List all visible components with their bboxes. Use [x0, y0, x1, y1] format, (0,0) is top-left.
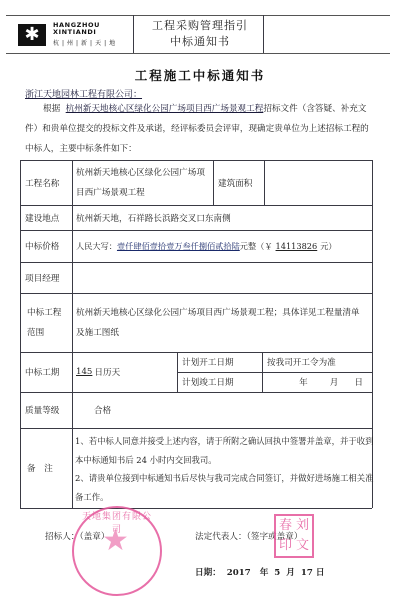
- personal-square-seal: 春 刘 印 文: [274, 514, 314, 558]
- price-suffix: 元）: [320, 241, 336, 252]
- asterisk-logo-icon: ✱: [18, 24, 46, 46]
- table-border: [213, 160, 214, 205]
- date-month: 5: [274, 568, 280, 578]
- end-date-label: 计划竣工日期: [182, 372, 260, 392]
- intro-prefix: 根据: [43, 104, 60, 114]
- guide-title: 工程采购管理指引 中标通知书: [140, 18, 260, 50]
- quality-value: 合格: [94, 392, 294, 428]
- project-manager-value: [76, 262, 366, 293]
- signing-date: 日期： 2017 年 5 月 17 日: [195, 566, 324, 578]
- price-mid: 元整（￥: [240, 241, 273, 252]
- end-year-unit: 年: [299, 376, 308, 388]
- site-value: 杭州新天地，石祥路长浜路交叉口东南侧: [76, 205, 366, 230]
- logo-english: HANGZHOU XINTIANDI: [53, 22, 100, 36]
- header-bottom-rule: [6, 53, 390, 54]
- building-area-label: 建筑面积: [218, 160, 264, 205]
- remark-item-1: 1、若中标人同意并接受上述内容，请于所附之确认回执中签署并盖章，并于收到本中标通…: [75, 432, 375, 469]
- start-date-value: 按我司开工令为准: [267, 352, 371, 372]
- end-month-unit: 月: [330, 376, 339, 388]
- table-border: [20, 160, 21, 508]
- table-border: [20, 508, 372, 509]
- date-month-unit: 月: [286, 568, 295, 578]
- seal-char: 春: [277, 516, 294, 536]
- building-area-value: [268, 160, 368, 205]
- start-date-label: 计划开工日期: [182, 352, 260, 372]
- price-in-words: 壹仟肆佰壹拾壹万叁仟捌佰贰拾陆: [117, 241, 240, 252]
- price-value: 人民大写： 壹仟肆佰壹拾壹万叁仟捌佰贰拾陆 元整（￥ 14113826 元）: [76, 230, 372, 262]
- logo-chinese: 杭|州|新|天|地: [53, 38, 118, 47]
- header-divider-left: [133, 15, 134, 53]
- quality-label: 质量等级: [22, 392, 72, 428]
- scope-value: 杭州新天地核心区绿化公园广场项目西广场景观工程；具体详见工程量清单及施工图纸: [76, 293, 368, 352]
- project-manager-label: 项目经理: [22, 262, 72, 293]
- intro-project-name: 杭州新天地核心区绿化公园广场项目西广场景观工程: [66, 104, 264, 114]
- guide-title-line-1: 工程采购管理指引: [140, 18, 260, 34]
- date-year-unit: 年: [260, 568, 269, 578]
- intro-paragraph: 根据 杭州新天地核心区绿化公园广场项目西广场景观工程招标文件（含答疑、补充文件）…: [25, 99, 377, 159]
- remarks-label: 备 注: [24, 428, 74, 508]
- logo-line-2: XINTIANDI: [53, 29, 100, 36]
- table-border: [264, 160, 265, 205]
- date-day: 17: [301, 568, 313, 578]
- price-label: 中标价格: [22, 230, 72, 262]
- header-divider-right: [263, 15, 264, 53]
- end-day-unit: 日: [354, 376, 363, 388]
- scope-label: 中标工程范围: [24, 293, 68, 352]
- date-label: 日期：: [195, 568, 221, 578]
- project-name-value: 杭州新天地核心区绿化公园广场项目西广场景观工程: [76, 160, 210, 205]
- seal-char: 印: [277, 536, 294, 556]
- remark-item-2: 2、请贵单位接到中标通知书后尽快与我司完成合同签订，并做好进场施工相关准备工作。: [75, 469, 375, 506]
- period-unit: 日历天: [94, 366, 120, 378]
- period-days: 145: [76, 367, 94, 377]
- site-label: 建设地点: [22, 205, 72, 230]
- seal-char: 刘: [294, 516, 311, 536]
- period-value: 145 日历天: [76, 352, 176, 392]
- end-date-value: 年 月 日: [267, 372, 371, 392]
- price-number: 14113826: [273, 241, 321, 251]
- price-prefix: 人民大写：: [76, 241, 117, 252]
- project-name-label: 工程名称: [22, 160, 72, 205]
- document-title: 工程施工中标通知书: [0, 66, 400, 84]
- header-top-rule: [6, 15, 390, 16]
- date-year: 2017: [227, 568, 251, 578]
- guide-title-line-2: 中标通知书: [140, 34, 260, 50]
- period-label: 中标工期: [22, 352, 72, 392]
- tenderer-seal-label: 招标人：（盖章）: [45, 530, 109, 542]
- remarks-content: 1、若中标人同意并接受上述内容，请于所附之确认回执中签署并盖章，并于收到本中标通…: [75, 432, 375, 506]
- date-day-unit: 日: [316, 568, 325, 578]
- seal-char: 文: [294, 536, 311, 556]
